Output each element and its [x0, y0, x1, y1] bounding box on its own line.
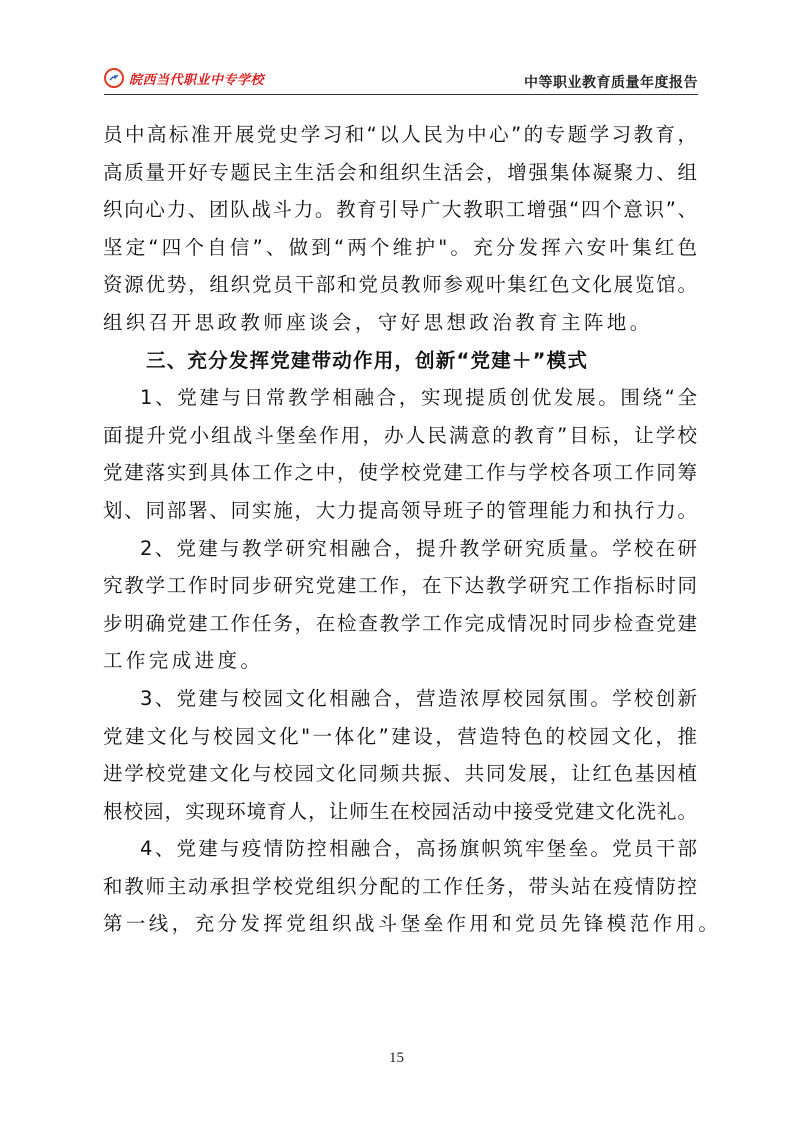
paragraph-party-study: 员中高标准开展党史学习和“以人民为中心”的专题学习教育， 高质量开好专题民主生活…: [103, 116, 697, 342]
text-line: 4、党建与疫情防控相融合，高扬旗帜筑牢堡垒。党员干部: [103, 830, 697, 868]
page-header: 皖西当代职业中专学校 中等职业教育质量年度报告: [104, 66, 698, 94]
text-line: 和教师主动承担学校党组织分配的工作任务，带头站在疫情防控: [103, 868, 697, 906]
text-line: 3、党建与校园文化相融合，营造浓厚校园氛围。学校创新: [103, 680, 697, 718]
text-line: 党建文化与校园文化"一体化”建设，营造特色的校园文化，推: [103, 718, 697, 756]
item-epidemic-prevention: 4、党建与疫情防控相融合，高扬旗帜筑牢堡垒。党员干部 和教师主动承担学校党组织分…: [103, 830, 697, 943]
item-teaching-research: 2、党建与教学研究相融合，提升教学研究质量。学校在研 究教学工作时同步研究党建工…: [103, 530, 697, 680]
header-divider: [104, 94, 698, 95]
text-line: 坚定“四个自信”、做到“两个维护"。充分发挥六安叶集红色: [103, 229, 697, 267]
text-line: 织向心力、团队战斗力。教育引导广大教职工增强“四个意识”、: [103, 191, 697, 229]
text-line: 组织召开思政教师座谈会，守好思想政治教育主阵地。: [103, 304, 697, 342]
school-name: 皖西当代职业中专学校: [129, 69, 264, 88]
text-line: 究教学工作时同步研究党建工作，在下达教学研究工作指标时同: [103, 567, 697, 605]
text-line: 工作完成进度。: [103, 642, 697, 680]
text-line: 党建落实到具体工作之中，使学校党建工作与学校各项工作同筹: [103, 454, 697, 492]
school-logo: 皖西当代职业中专学校: [104, 68, 264, 88]
text-line: 第一线，充分发挥党组织战斗堡垒作用和党员先锋模范作用。: [103, 905, 697, 943]
text-line: 1、党建与日常教学相融合，实现提质创优发展。围绕“全: [103, 379, 697, 417]
report-title: 中等职业教育质量年度报告: [524, 72, 698, 92]
text-line: 根校园，实现环境育人，让师生在校园活动中接受党建文化洗礼。: [103, 793, 697, 831]
text-line: 资源优势，组织党员干部和党员教师参观叶集红色文化展览馆。: [103, 266, 697, 304]
text-line: 划、同部署、同实施，大力提高领导班子的管理能力和执行力。: [103, 492, 697, 530]
text-line: 2、党建与教学研究相融合，提升教学研究质量。学校在研: [103, 530, 697, 568]
text-line: 高质量开好专题民主生活会和组织生活会，增强集体凝聚力、组: [103, 154, 697, 192]
document-body: 员中高标准开展党史学习和“以人民为中心”的专题学习教育， 高质量开好专题民主生活…: [103, 116, 697, 943]
item-daily-teaching: 1、党建与日常教学相融合，实现提质创优发展。围绕“全 面提升党小组战斗堡垒作用，…: [103, 379, 697, 529]
text-line: 员中高标准开展党史学习和“以人民为中心”的专题学习教育，: [103, 116, 697, 154]
text-line: 步明确党建工作任务，在检查教学工作完成情况时同步检查党建: [103, 605, 697, 643]
page-number: 15: [0, 1050, 793, 1067]
item-campus-culture: 3、党建与校园文化相融合，营造浓厚校园氛围。学校创新 党建文化与校园文化"一体化…: [103, 680, 697, 830]
section-heading: 三、充分发挥党建带动作用，创新“党建＋”模式: [103, 342, 697, 380]
text-line: 进学校党建文化与校园文化同频共振、共同发展，让红色基因植: [103, 755, 697, 793]
text-line: 面提升党小组战斗堡垒作用，办人民满意的教育”目标，让学校: [103, 417, 697, 455]
school-logo-icon: [104, 68, 124, 88]
runner-icon: [109, 74, 119, 82]
